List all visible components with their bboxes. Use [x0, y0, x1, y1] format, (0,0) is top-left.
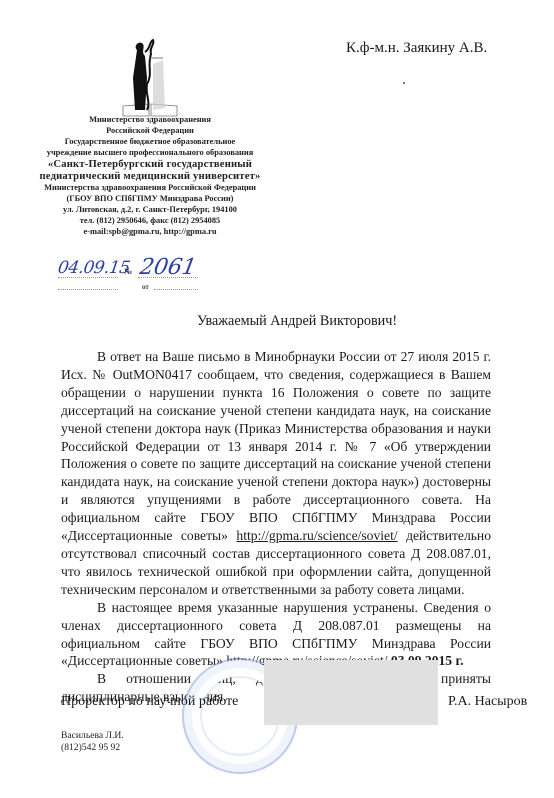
executor-name: Васильева Л.И.: [61, 730, 124, 742]
letterhead-university-name: «Санкт-Петербургский государственный: [30, 159, 270, 171]
number-underline: [138, 277, 198, 278]
from-underline-right: [154, 289, 198, 290]
letterhead-institution-type-2: учреждение высшего профессионального обр…: [30, 148, 270, 159]
registration-block: 04.09.15 № 2061 от: [58, 258, 198, 298]
letter-body: В ответ на Ваше письмо в Минобрнауки Рос…: [61, 348, 491, 706]
letterhead: Министерство здравоохранения Российской …: [30, 115, 270, 238]
letterhead-institution-type: Государственное бюджетное образовательно…: [30, 137, 270, 148]
scan-speck: [403, 82, 405, 84]
from-underline-left: [58, 289, 118, 290]
signer-position: Проректор по научной работе: [61, 694, 238, 710]
signer-name: Р.А. Насыров: [448, 694, 527, 710]
date-underline: [58, 277, 118, 278]
letterhead-ministry-full: Министерства здравоохранения Российской …: [30, 183, 270, 194]
letterhead-address: ул. Литовская, д.2, г. Санкт-Петербург, …: [30, 205, 270, 216]
university-emblem-icon: [119, 38, 181, 118]
paragraph-1-text: В ответ на Ваше письмо в Минобрнауки Рос…: [61, 349, 491, 543]
registration-date: 04.09.15: [57, 258, 132, 278]
executor-phone: (812)542 95 92: [61, 742, 124, 754]
letterhead-phone: тел. (812) 2950646, факс (812) 2954085: [30, 216, 270, 227]
letterhead-university-name-2: педиатрический медицинский университет»: [30, 171, 270, 183]
recipient: К.ф-м.н. Заякину А.В.: [346, 40, 487, 57]
letterhead-country: Российской Федерации: [30, 126, 270, 137]
dissertation-councils-link[interactable]: http://gpma.ru/science/soviet/: [236, 528, 397, 543]
letterhead-email: e-mail:spb@gpma.ru, http://gpma.ru: [30, 227, 270, 238]
salutation: Уважаемый Андрей Викторович!: [197, 313, 397, 330]
letterhead-abbreviation: (ГБОУ ВПО СПбГПМУ Минздрава России): [30, 194, 270, 205]
redacted-signature: [264, 660, 438, 725]
paragraph-1: В ответ на Ваше письмо в Минобрнауки Рос…: [61, 348, 491, 599]
from-label: от: [142, 283, 149, 291]
registration-number-label: №: [124, 267, 132, 276]
letterhead-ministry: Министерство здравоохранения: [30, 115, 270, 126]
executor-info: Васильева Л.И. (812)542 95 92: [61, 730, 124, 753]
